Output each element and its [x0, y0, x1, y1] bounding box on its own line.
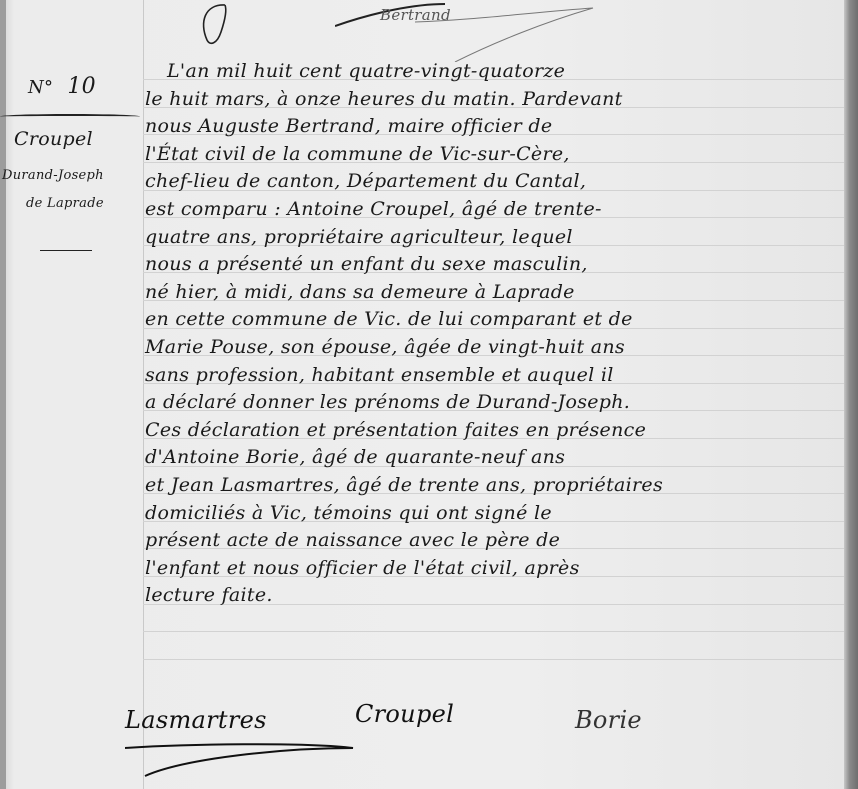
- body-line: quatre ans, propriétaire agriculteur, le…: [145, 224, 845, 252]
- body-line: chef-lieu de canton, Département du Cant…: [145, 168, 845, 196]
- ruled-line: [143, 659, 844, 660]
- ruled-line: [143, 631, 844, 632]
- act-number-value: 10: [67, 74, 96, 99]
- body-line: né hier, à midi, dans sa demeure à Lapra…: [145, 279, 845, 307]
- signature-father-croupel: Croupel: [355, 700, 454, 728]
- margin-given-names: Durand-Joseph: [2, 168, 104, 183]
- body-line: en cette commune de Vic. de lui comparan…: [145, 306, 845, 334]
- signature-witness-lasmartres: Lasmartres: [125, 706, 267, 734]
- page-binding-edge: [0, 0, 6, 789]
- initial-flourish-icon: [195, 2, 235, 52]
- body-line: a déclaré donner les prénoms de Durand-J…: [145, 389, 845, 417]
- act-body: L'an mil huit cent quatre-vingt-quatorze…: [145, 58, 845, 610]
- body-line: nous a présenté un enfant du sexe mascul…: [145, 251, 845, 279]
- margin-divider: [0, 114, 140, 119]
- signature-underline-flourish-icon: [125, 738, 355, 778]
- body-line: présent acte de naissance avec le père d…: [145, 527, 845, 555]
- body-line: nous Auguste Bertrand, maire officier de: [145, 113, 845, 141]
- act-number-prefix: N°: [28, 77, 53, 98]
- signature-flourish-icon: [335, 2, 595, 62]
- margin-surname: Croupel: [14, 128, 93, 150]
- signature-witness-borie: Borie: [575, 706, 642, 734]
- body-line: l'État civil de la commune de Vic-sur-Cè…: [145, 141, 845, 169]
- margin-end-rule: [40, 250, 92, 251]
- top-signature: Bertrand: [380, 6, 451, 24]
- register-page: Bertrand N°10 Croupel Durand-Joseph de L…: [0, 0, 858, 789]
- body-line: et Jean Lasmartres, âgé de trente ans, p…: [145, 472, 845, 500]
- body-line: d'Antoine Borie, âgé de quarante-neuf an…: [145, 444, 845, 472]
- body-line: domiciliés à Vic, témoins qui ont signé …: [145, 500, 845, 528]
- body-line: sans profession, habitant ensemble et au…: [145, 362, 845, 390]
- body-line: Marie Pouse, son épouse, âgée de vingt-h…: [145, 334, 845, 362]
- body-line: est comparu : Antoine Croupel, âgé de tr…: [145, 196, 845, 224]
- body-line: Ces déclaration et présentation faites e…: [145, 417, 845, 445]
- margin-place: de Laprade: [26, 196, 104, 211]
- body-line: L'an mil huit cent quatre-vingt-quatorze: [145, 58, 845, 86]
- page-gutter-edge: [844, 0, 858, 789]
- signature-block: Lasmartres Croupel Borie: [115, 700, 735, 770]
- margin-rule: [143, 0, 144, 789]
- act-number: N°10: [28, 74, 96, 99]
- body-line: lecture faite.: [145, 582, 845, 610]
- body-line: l'enfant et nous officier de l'état civi…: [145, 555, 845, 583]
- body-line: le huit mars, à onze heures du matin. Pa…: [145, 86, 845, 114]
